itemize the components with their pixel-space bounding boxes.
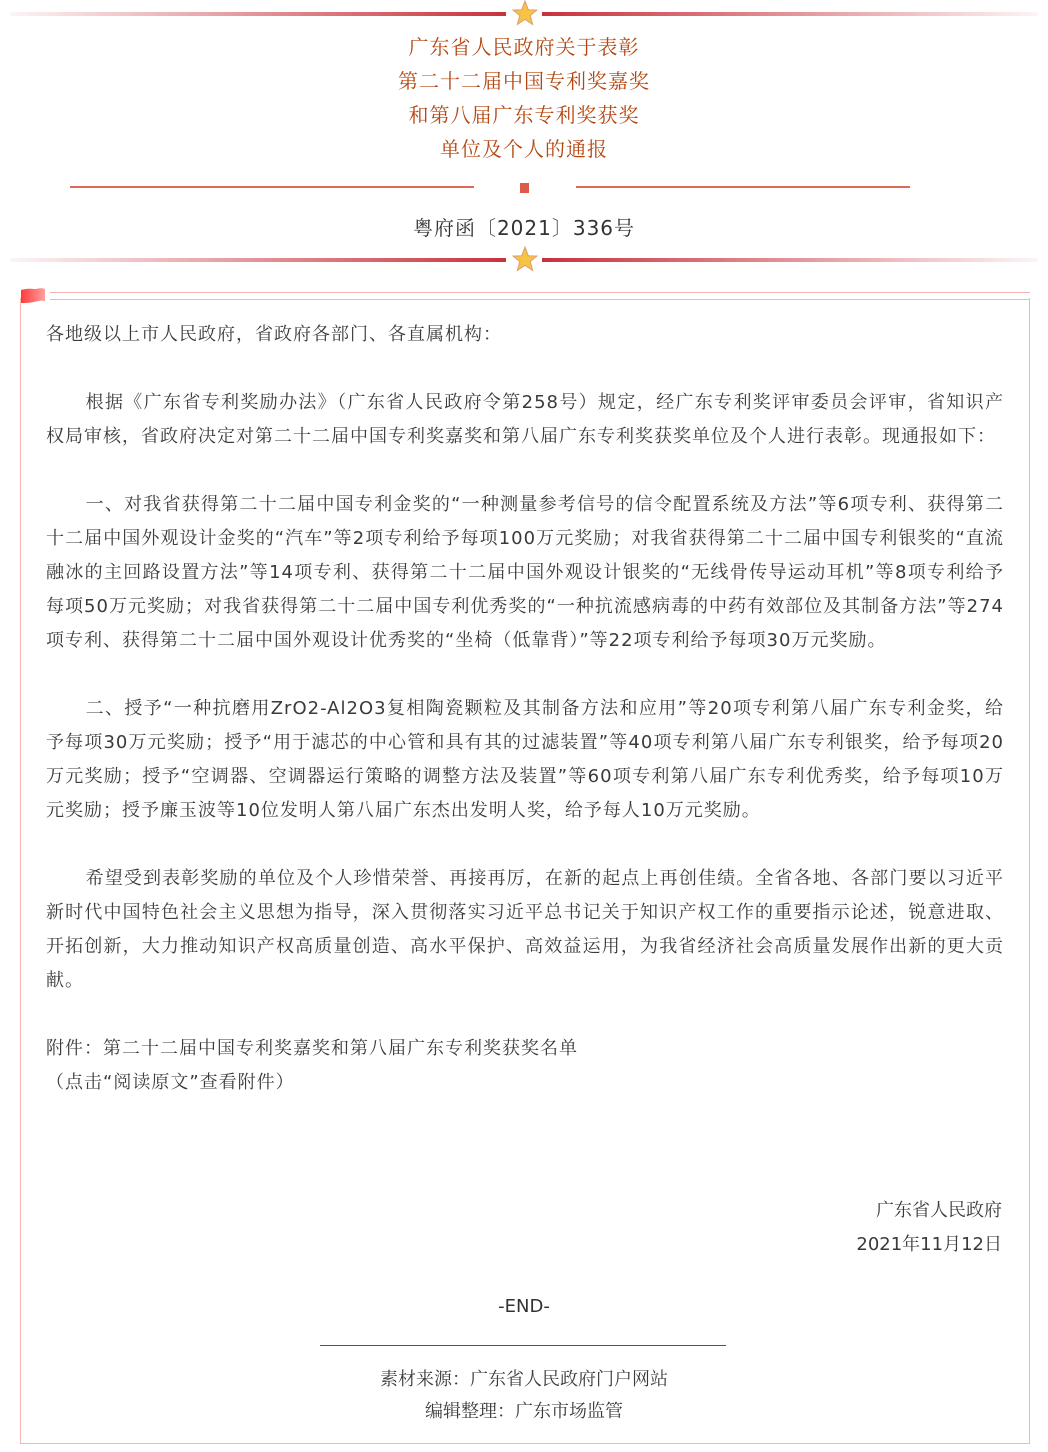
paragraph-closing: 希望受到表彰奖励的单位及个人珍惜荣誉、再接再厉，在新的起点上再创佳绩。全省各地、… (46, 862, 1004, 998)
paragraph-intro: 根据《广东省专利奖励办法》（广东省人民政府令第258号）规定，经广东专利奖评审委… (46, 386, 1004, 454)
mid-divider-right (576, 186, 910, 188)
star-icon (512, 0, 538, 26)
paragraph-section-1: 一、对我省获得第二十二届中国专利金奖的“一种测量参考信号的信令配置系统及方法”等… (46, 488, 1004, 658)
divider-line-right (542, 12, 1038, 16)
square-ornament-icon (520, 183, 529, 193)
issue-date: 2021年11月12日 (856, 1228, 1002, 1262)
salutation: 各地级以上市人民政府，省政府各部门、各直属机构： (46, 318, 1004, 352)
attachment-note[interactable]: （点击“阅读原文”查看附件） (46, 1066, 1004, 1100)
footer-credits: 素材来源：广东省人民政府门户网站 编辑整理：广东市场监管 (0, 1364, 1048, 1428)
footer-divider (320, 1345, 726, 1346)
divider-line-left (10, 12, 506, 16)
notice-title: 广东省人民政府关于表彰 第二十二届中国专利奖嘉奖 和第八届广东专利奖获奖 单位及… (0, 30, 1048, 166)
title-line-4: 单位及个人的通报 (0, 132, 1048, 166)
bottom-header-divider (10, 246, 1038, 276)
mid-divider-left (70, 186, 474, 188)
signature-block: 广东省人民政府 2021年11月12日 (856, 1194, 1002, 1262)
star-icon (512, 246, 538, 272)
issuer: 广东省人民政府 (856, 1194, 1002, 1228)
divider-line-right (542, 258, 1038, 262)
title-line-1: 广东省人民政府关于表彰 (0, 30, 1048, 64)
flag-icon (20, 288, 46, 304)
notice-body: 各地级以上市人民政府，省政府各部门、各直属机构： 根据《广东省专利奖励办法》（广… (46, 318, 1004, 1100)
divider-line-left (10, 258, 506, 262)
title-line-2: 第二十二届中国专利奖嘉奖 (0, 64, 1048, 98)
frame-top-line (50, 292, 1030, 293)
editor-credit: 编辑整理：广东市场监管 (0, 1396, 1048, 1428)
attachment-line: 附件：第二十二届中国专利奖嘉奖和第八届广东专利奖获奖名单 (46, 1032, 1004, 1066)
end-mark: -END- (0, 1296, 1048, 1317)
document-number: 粤府函〔2021〕336号 (0, 212, 1048, 241)
top-divider (10, 0, 1038, 30)
title-line-3: 和第八届广东专利奖获奖 (0, 98, 1048, 132)
paragraph-section-2: 二、授予“一种抗磨用ZrO2-Al2O3复相陶瓷颗粒及其制备方法和应用”等20项… (46, 692, 1004, 828)
source-credit: 素材来源：广东省人民政府门户网站 (0, 1364, 1048, 1396)
